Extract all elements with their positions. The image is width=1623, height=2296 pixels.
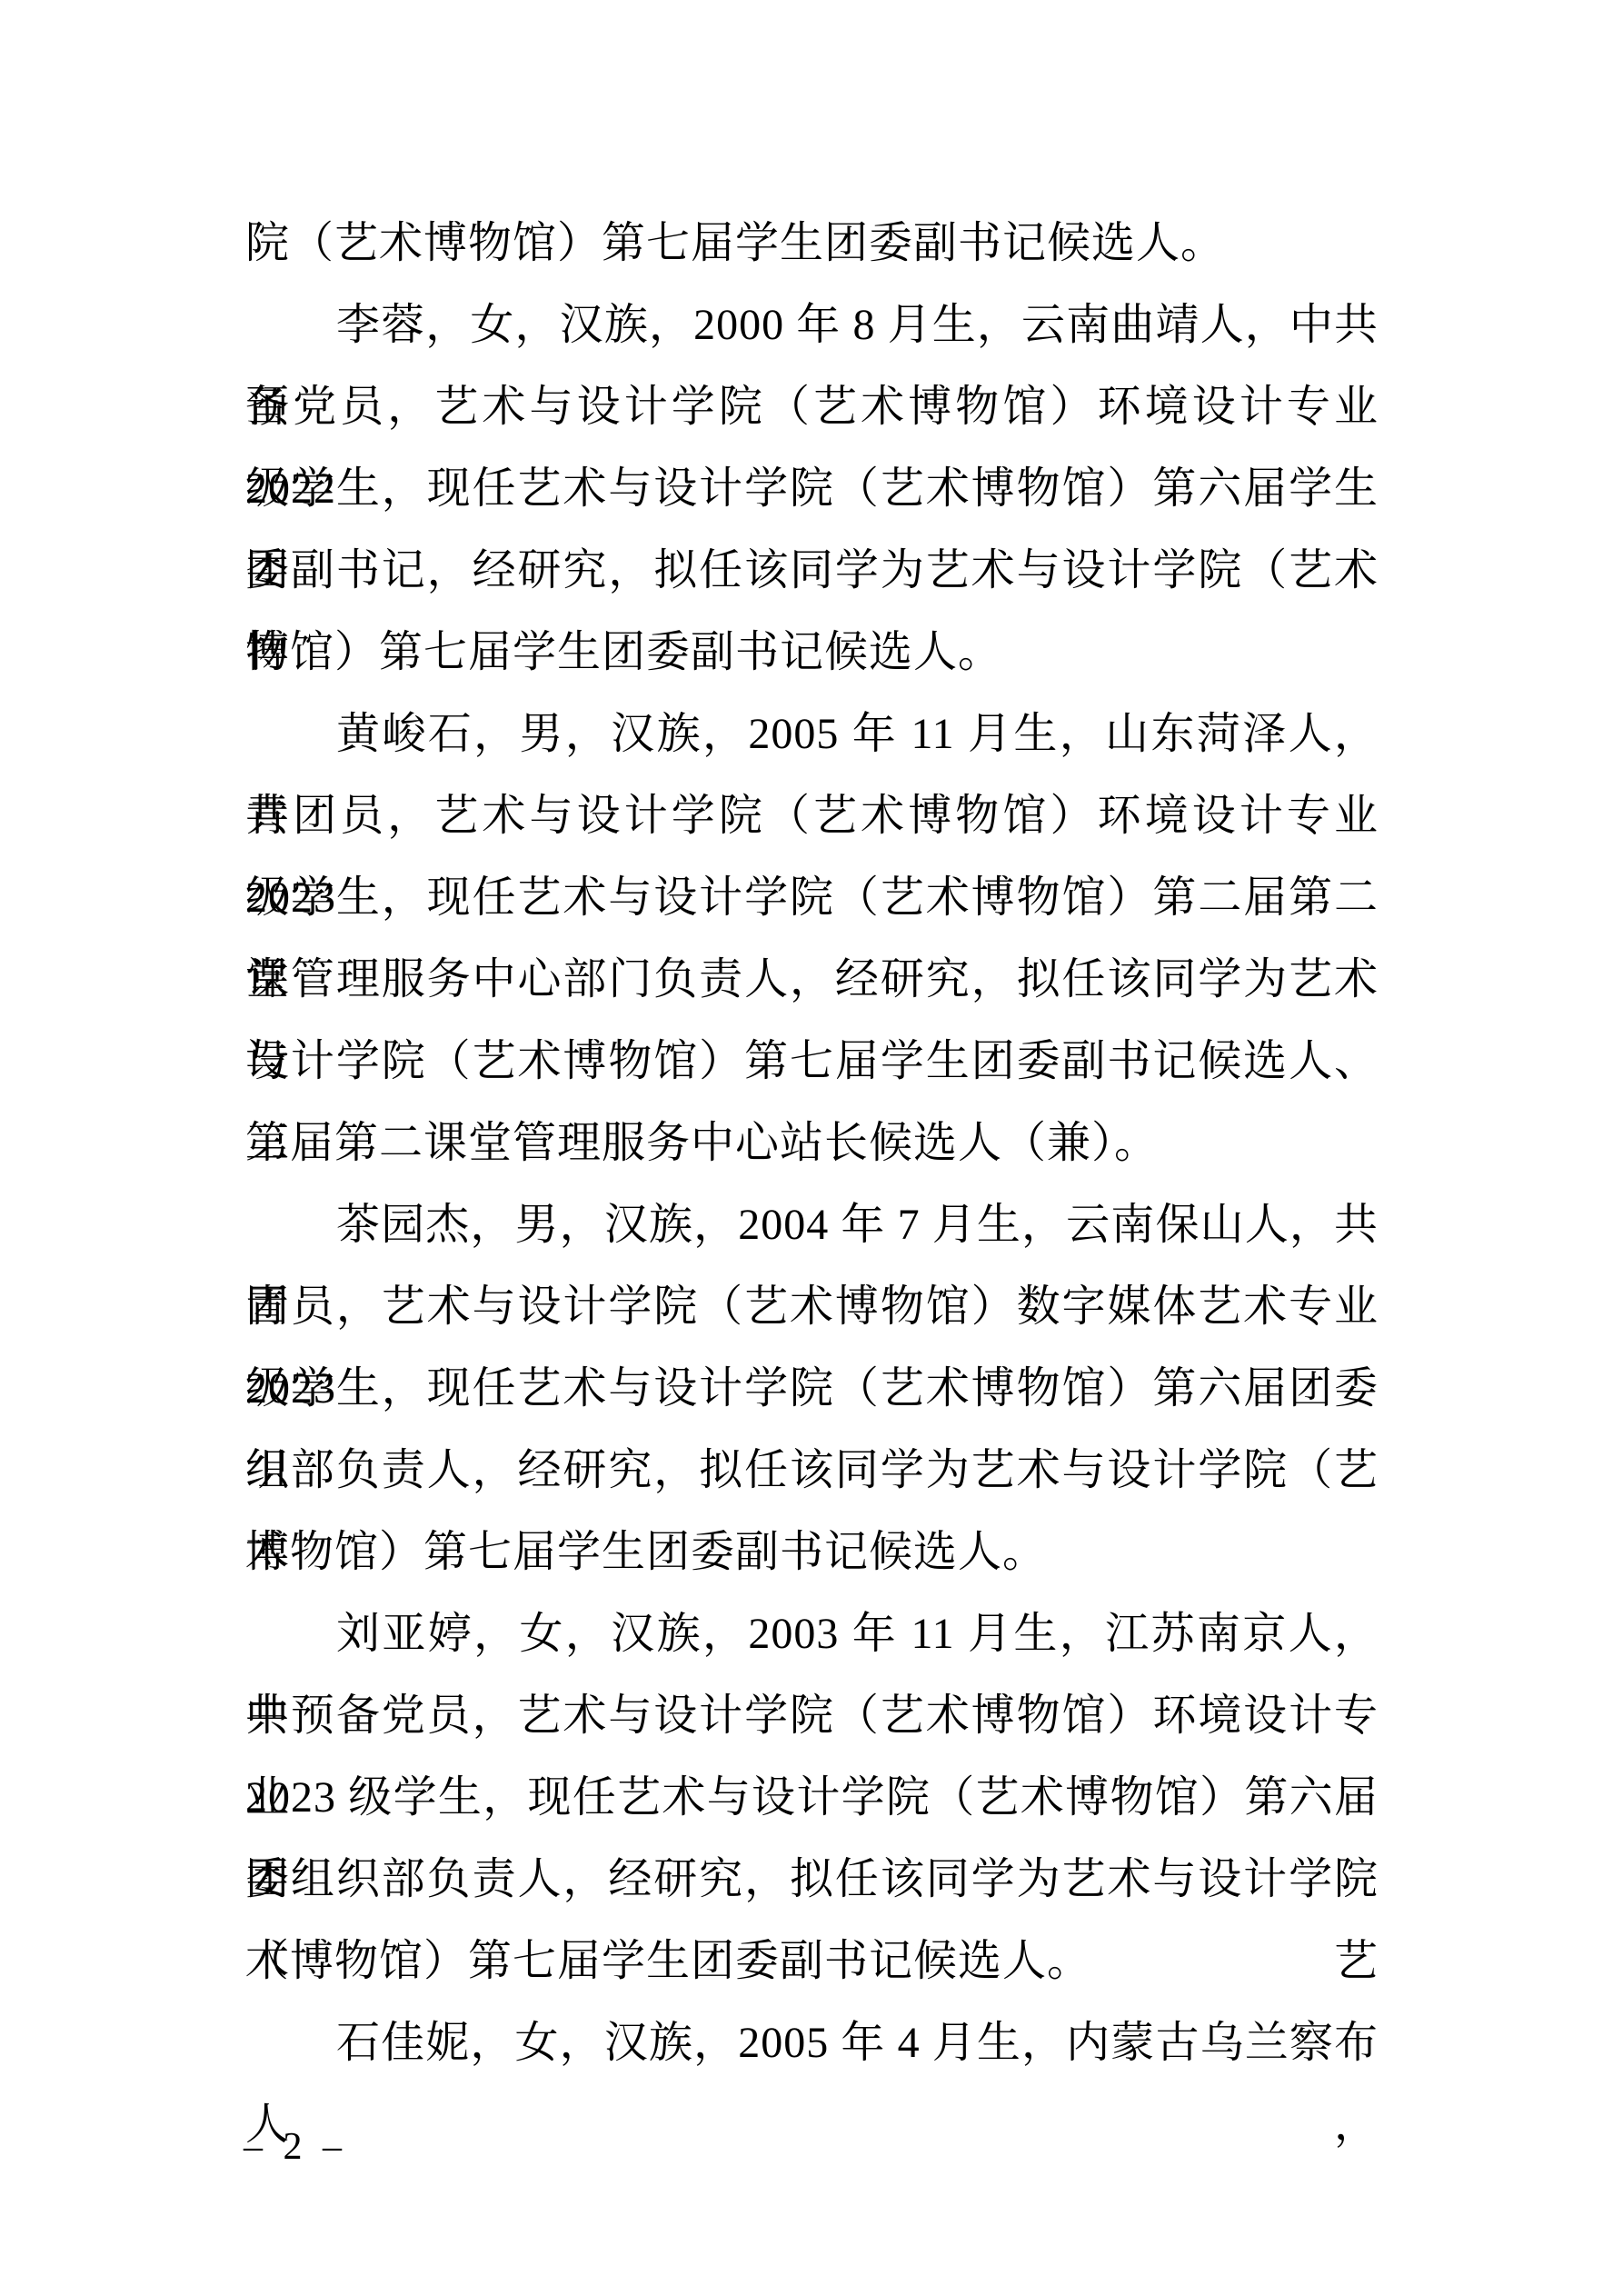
text-line: 织部负责人，经研究，拟任该同学为艺术与设计学院（艺术 <box>245 1430 1379 1512</box>
text-line: 设计学院（艺术博物馆）第七届学生团委副书记候选人、第 <box>245 1021 1379 1103</box>
text-line: 委组织部负责人，经研究，拟任该同学为艺术与设计学院（艺 <box>245 1839 1379 1921</box>
text-line: 刘亚婷，女，汉族，2003 年 11 月生，江苏南京人，中 <box>245 1593 1379 1675</box>
page-number: – 2 – <box>244 2121 347 2172</box>
text-line: 博物馆）第七届学生团委副书记候选人。 <box>245 1512 1379 1593</box>
text-line: 物馆）第七届学生团委副书记候选人。 <box>245 612 1379 694</box>
text-line: 李蓉，女，汉族，2000 年 8 月生，云南曲靖人，中共预 <box>245 285 1379 366</box>
text-line: 级学生，现任艺术与设计学院（艺术博物馆）第二届第二课 <box>245 857 1379 939</box>
text-line: 2023 级学生，现任艺术与设计学院（艺术博物馆）第六届团 <box>245 1757 1379 1839</box>
text-line: 共预备党员，艺术与设计学院（艺术博物馆）环境设计专业 <box>245 1675 1379 1757</box>
text-line: 黄峻石，男，汉族，2005 年 11 月生，山东菏泽人，共 <box>245 694 1379 775</box>
text-line: 团员，艺术与设计学院（艺术博物馆）数字媒体艺术专业 2023 <box>245 1266 1379 1348</box>
text-line: 青团员，艺术与设计学院（艺术博物馆）环境设计专业 2023 <box>245 775 1379 857</box>
text-line: 备党员，艺术与设计学院（艺术博物馆）环境设计专业 2022 <box>245 366 1379 448</box>
document-page: 院（艺术博物馆）第七届学生团委副书记候选人。李蓉，女，汉族，2000 年 8 月… <box>0 0 1623 2296</box>
document-body: 院（艺术博物馆）第七届学生团委副书记候选人。李蓉，女，汉族，2000 年 8 月… <box>245 203 1379 2084</box>
text-line: 石佳妮，女，汉族，2005 年 4 月生，内蒙古乌兰察布人， <box>245 2002 1379 2084</box>
text-line: 院（艺术博物馆）第七届学生团委副书记候选人。 <box>245 203 1379 285</box>
text-line: 级学生，现任艺术与设计学院（艺术博物馆）第六届学生团 <box>245 448 1379 530</box>
text-line: 级学生，现任艺术与设计学院（艺术博物馆）第六届团委组 <box>245 1348 1379 1430</box>
paragraph: 院（艺术博物馆）第七届学生团委副书记候选人。 <box>245 203 1379 285</box>
text-line: 堂管理服务中心部门负责人，经研究，拟任该同学为艺术与 <box>245 939 1379 1021</box>
paragraph: 刘亚婷，女，汉族，2003 年 11 月生，江苏南京人，中共预备党员，艺术与设计… <box>245 1593 1379 2002</box>
text-line: 茶园杰，男，汉族，2004 年 7 月生，云南保山人，共青 <box>245 1184 1379 1266</box>
text-line: 三届第二课堂管理服务中心站长候选人（兼）。 <box>245 1103 1379 1184</box>
text-line: 委副书记，经研究，拟任该同学为艺术与设计学院（艺术博 <box>245 530 1379 612</box>
paragraph: 茶园杰，男，汉族，2004 年 7 月生，云南保山人，共青团员，艺术与设计学院（… <box>245 1184 1379 1593</box>
paragraph: 石佳妮，女，汉族，2005 年 4 月生，内蒙古乌兰察布人， <box>245 2002 1379 2084</box>
paragraph: 黄峻石，男，汉族，2005 年 11 月生，山东菏泽人，共青团员，艺术与设计学院… <box>245 694 1379 1184</box>
paragraph: 李蓉，女，汉族，2000 年 8 月生，云南曲靖人，中共预备党员，艺术与设计学院… <box>245 285 1379 694</box>
